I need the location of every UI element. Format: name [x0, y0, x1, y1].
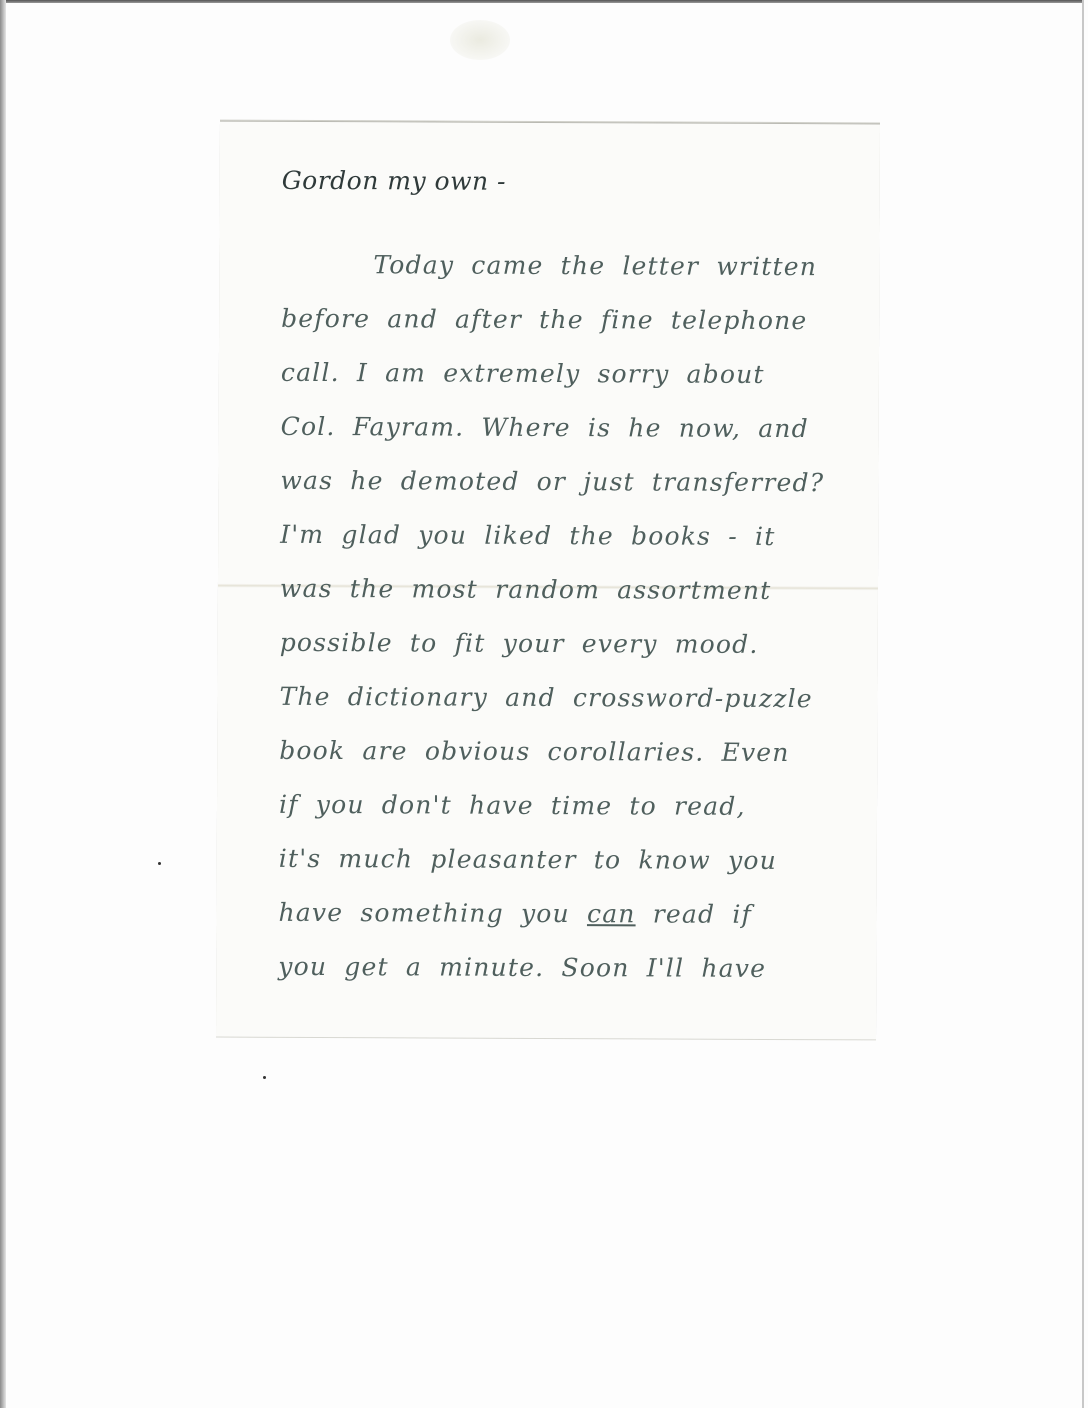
letter-line: was he demoted or just transferred?: [280, 466, 824, 497]
underlined-word: can: [587, 899, 636, 928]
letter-line: it's much pleasanter to know you: [279, 844, 777, 875]
letter-page: Gordon my own - Today came the letter wr…: [216, 121, 880, 1040]
letter-line: possible to fit your every mood.: [280, 628, 759, 659]
letter-line: call. I am extremely sorry about: [281, 358, 765, 389]
letter-salutation: Gordon my own -: [282, 166, 506, 196]
letter-line: before and after the fine telephone: [281, 304, 807, 335]
scan-edge-left: [0, 0, 6, 1408]
letter-line: Col. Fayram. Where is he now, and: [281, 412, 809, 443]
letter-line: Today came the letter written: [373, 250, 817, 281]
letter-line: if you don't have time to read,: [279, 790, 746, 821]
scan-edge-right: [1082, 0, 1084, 1408]
letter-line: you get a minute. Soon I'll have: [278, 952, 766, 983]
dust-speck: [263, 1076, 266, 1079]
scan-smudge: [450, 20, 510, 60]
letter-line: I'm glad you liked the books - it: [280, 520, 775, 551]
letter-line: was the most random assortment: [280, 574, 772, 605]
letter-line: book are obvious corollaries. Even: [279, 736, 790, 767]
letter-line-with-underline: have something you can read if: [278, 898, 752, 929]
dust-speck: [158, 862, 161, 865]
scan-edge-top: [6, 0, 1082, 3]
letter-line: The dictionary and crossword-puzzle: [279, 682, 812, 713]
letter-body: Today came the letter written before and…: [282, 122, 862, 125]
